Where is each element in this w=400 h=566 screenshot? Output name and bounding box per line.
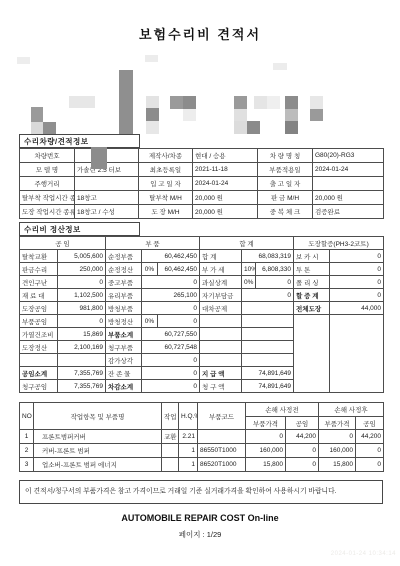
cell: 0% [142, 263, 158, 276]
cell: 부품적용일 [258, 163, 313, 177]
cell: G80(20)-RG3 [313, 149, 384, 163]
cell: 44,200 [286, 430, 319, 444]
document-title: 보험수리비 견적서 [0, 24, 400, 43]
cell: 0 [356, 458, 384, 472]
cell: 60,727,548 [142, 341, 200, 354]
cell: 과실상계 [200, 276, 242, 289]
cell: 2021-11-18 [193, 163, 258, 177]
cell: 7,355,769 [58, 380, 106, 393]
footer-brand: AUTOMOBILE REPAIR COST On-line [0, 513, 400, 523]
table-row: 판금수리 250,000 순정정산 0% 60,462,450 부 가 세 10… [20, 263, 384, 276]
cell: 18창고 / 수성 [75, 205, 139, 219]
cell: 최초등록일 [139, 163, 193, 177]
cell: 폴 리 싱 [294, 276, 330, 289]
table-row: 견인구난 0 중고부품 0 과실상계 0% 0 폴 리 싱 0 [20, 276, 384, 289]
table-row: 주행거리 입 고 일 자 2024-01-24 출 고 일 자 [20, 177, 384, 191]
cell: 0% [142, 315, 158, 328]
cell: 0% [242, 276, 256, 289]
cell: 0 [246, 430, 286, 444]
cell [200, 341, 242, 354]
cell: 15,800 [246, 458, 286, 472]
cell [198, 430, 246, 444]
cell: 입 고 일 자 [139, 177, 193, 191]
cell: 탈부착 M/H [139, 191, 193, 205]
cell: 보 카 시 [294, 250, 330, 263]
column-header-parts: 부 품 [106, 237, 200, 250]
cell: 15,800 [319, 458, 356, 472]
cell: 방청부품 [106, 302, 142, 315]
settlement-table: 공 임 부 품 합 계 도장할증(PH3-2코트) 탈착교환 5,005,600… [19, 236, 384, 393]
cell [242, 315, 294, 328]
cell [242, 354, 294, 367]
cell: 중 복 체 크 [258, 205, 313, 219]
cell: 0 [286, 458, 319, 472]
redaction-block [273, 63, 287, 70]
redaction-block [17, 57, 30, 64]
cell: 대차공제 [200, 302, 242, 315]
cell: 자기부담금 [200, 289, 242, 302]
column-header-before-adjust: 손해 사정전 [246, 403, 319, 417]
cell: 할 증 계 [294, 289, 330, 302]
cell: 중고부품 [106, 276, 142, 289]
cell: 방청정산 [106, 315, 142, 328]
cell: 5,005,600 [58, 250, 106, 263]
redaction-block [285, 109, 298, 121]
cell: 출 고 일 자 [258, 177, 313, 191]
cell: 도 장 M/H [139, 205, 193, 219]
cell: 0 [58, 276, 106, 289]
cell: 투 톤 [294, 263, 330, 276]
cell: 잔 존 물 [106, 367, 142, 380]
table-header-row: 공 임 부 품 합 계 도장할증(PH3-2코트) [20, 237, 384, 250]
cell: 981,800 [58, 302, 106, 315]
cell: 20,000 원 [193, 191, 258, 205]
redaction-block [146, 121, 159, 134]
table-row: 2 커버-프론트 범퍼 1 86550T1000 160,000 0 160,0… [20, 444, 384, 458]
cell: 주행거리 [20, 177, 75, 191]
redaction-block [145, 55, 158, 62]
column-header-hq: H.Q.% [179, 403, 198, 430]
redaction-block [146, 108, 159, 121]
cell: 공임소계 [20, 367, 58, 380]
cell: 부품소계 [106, 328, 142, 341]
redaction-block [183, 109, 196, 121]
cell: 68,083,319 [242, 250, 294, 263]
cell: 0 [158, 315, 200, 328]
redaction-block [310, 109, 323, 121]
cell: 1 [179, 444, 198, 458]
cell: 0 [142, 302, 200, 315]
cell: 2024-01-24 [193, 177, 258, 191]
cell: 프론트범퍼커버 [34, 430, 162, 444]
redaction-block [31, 107, 43, 122]
cell: 0 [142, 367, 200, 380]
cell: 60,462,450 [158, 263, 200, 276]
footer-watermark: 2024-01-24 10:34:14 [331, 551, 396, 557]
cell: 2.21 [179, 430, 198, 444]
cell: 250,000 [58, 263, 106, 276]
cell: 유리부품 [106, 289, 142, 302]
column-header-part-code: 부품코드 [198, 403, 246, 430]
redaction-block [146, 96, 159, 108]
cell [242, 341, 294, 354]
cell: 0 [330, 276, 384, 289]
table-row: 1 프론트범퍼커버 교환 2.21 0 44,200 0 44,200 [20, 430, 384, 444]
cell: 0 [142, 380, 200, 393]
cell: 7,355,769 [58, 367, 106, 380]
cell: 도장 작업시간 종류 [20, 205, 75, 219]
cell: 60,727,550 [142, 328, 200, 341]
redaction-block [183, 96, 196, 109]
cell: 0 [142, 276, 200, 289]
cell: 0 [242, 289, 294, 302]
redaction-block [170, 96, 183, 109]
table-row: 모 델 명 가솔린 2.5 터보 최초등록일 2021-11-18 부품적용일 … [20, 163, 384, 177]
cell: 순정정산 [106, 263, 142, 276]
table-row: 재 료 대 1,102,500 유리부품 265,100 자기부담금 0 할 증… [20, 289, 384, 302]
cell: 18창고 [75, 191, 139, 205]
cell: 0 [319, 430, 356, 444]
cell: 감가상각 [106, 354, 142, 367]
cell: 청구공임 [20, 380, 58, 393]
cell: 가열건조비 [20, 328, 58, 341]
cell: 0 [142, 354, 200, 367]
cell [200, 315, 242, 328]
cell [58, 354, 106, 367]
cell: 0 [330, 263, 384, 276]
cell: 86520T1000 [198, 458, 246, 472]
cell: 44,000 [330, 302, 384, 315]
table-row: 탈부착 작업시간 종류 18창고 탈부착 M/H 20,000 원 판 금 M/… [20, 191, 384, 205]
cell [20, 354, 58, 367]
cell: 0 [330, 289, 384, 302]
cell [242, 302, 294, 315]
cell: 순정부품 [106, 250, 142, 263]
table-row: 탈착교환 5,005,600 순정부품 60,462,450 합 계 68,08… [20, 250, 384, 263]
cell: 차 량 명 칭 [258, 149, 313, 163]
redaction-block [267, 96, 280, 109]
cell: 1,102,500 [58, 289, 106, 302]
cell: 74,891,649 [242, 380, 294, 393]
cell: 2024-01-24 [313, 163, 384, 177]
cell [162, 458, 179, 472]
column-header-after-adjust: 손해 사정후 [319, 403, 384, 417]
column-header-labor: 공 임 [20, 237, 106, 250]
column-header-labor: 공임 [286, 417, 319, 430]
table-row: 부품공임 0 방청정산 0% 0 [20, 315, 384, 328]
cell [242, 328, 294, 341]
table-row: 3 업소버-프론트 범퍼 에너지 1 86520T1000 15,800 0 1… [20, 458, 384, 472]
cell: 현대 / 승용 [193, 149, 258, 163]
cell [200, 328, 242, 341]
cell: 커버-프론트 범퍼 [34, 444, 162, 458]
cell: 0 [286, 444, 319, 458]
cell: 2 [20, 444, 34, 458]
redaction-block [285, 121, 298, 134]
settlement-section-header: 수리비 정산정보 [19, 222, 140, 236]
cell: 탈착교환 [20, 250, 58, 263]
cell: 제작사/차종 [139, 149, 193, 163]
cell: 74,891,649 [242, 367, 294, 380]
cell: 15,869 [58, 328, 106, 341]
cell: 부 가 세 [200, 263, 242, 276]
cell: 청구부품 [106, 341, 142, 354]
cell: 모 델 명 [20, 163, 75, 177]
cell: 도장정산 [20, 341, 58, 354]
document-page: 보험수리비 견적서 수리차량/견적정보 차량번호 [0, 0, 400, 566]
column-header-part-price: 부품가격 [319, 417, 356, 430]
disclaimer-note: 이 견적서/청구서의 부품가격은 참고 가격이므로 거래일 기준 실거래가격을 … [19, 480, 383, 504]
cell [294, 315, 330, 393]
cell: 차감소계 [106, 380, 142, 393]
cell: 부품공임 [20, 315, 58, 328]
redaction-block [234, 109, 247, 121]
redaction-block [91, 147, 107, 169]
page-number: 페이지 : 1/29 [0, 529, 400, 540]
cell: 20,000 원 [313, 191, 384, 205]
cell [313, 177, 384, 191]
column-header-labor: 공임 [356, 417, 384, 430]
cell: 판 금 M/H [258, 191, 313, 205]
column-header-item: 작업항목 및 부품명 [34, 403, 162, 430]
cell: 86550T1000 [198, 444, 246, 458]
work-items-table: NO 작업항목 및 부품명 작업 H.Q.% 부품코드 손해 사정전 손해 사정… [19, 402, 384, 472]
column-header-part-price: 부품가격 [246, 417, 286, 430]
redaction-block [310, 96, 323, 109]
column-header-work: 작업 [162, 403, 179, 430]
cell: 6,808,330 [256, 263, 294, 276]
cell: 합 계 [200, 250, 242, 263]
cell: 0 [58, 315, 106, 328]
cell: 3 [20, 458, 34, 472]
table-row: 도장 작업시간 종류 18창고 / 수성 도 장 M/H 20,000 원 중 … [20, 205, 384, 219]
cell: 2,100,169 [58, 341, 106, 354]
vehicle-info-table: 차량번호 제작사/차종 현대 / 승용 차 량 명 칭 G80(20)-RG3 … [19, 148, 384, 219]
cell: 교환 [162, 430, 179, 444]
cell [330, 315, 384, 393]
cell [162, 444, 179, 458]
cell: 탈부착 작업시간 종류 [20, 191, 75, 205]
cell: 지 급 액 [200, 367, 242, 380]
table-header-row: NO 작업항목 및 부품명 작업 H.Q.% 부품코드 손해 사정전 손해 사정… [20, 403, 384, 417]
cell: 검증완료 [313, 205, 384, 219]
redaction-block [247, 121, 260, 134]
cell: 160,000 [246, 444, 286, 458]
table-row: 도장공임 981,800 방청부품 0 대차공제 전체도장 44,000 [20, 302, 384, 315]
cell: 전체도장 [294, 302, 330, 315]
column-header-total: 합 계 [200, 237, 294, 250]
cell: 160,000 [319, 444, 356, 458]
redaction-block [285, 96, 298, 109]
cell: 60,462,450 [142, 250, 200, 263]
column-header-paint-surcharge: 도장할증(PH3-2코트) [294, 237, 384, 250]
vehicle-section-header: 수리차량/견적정보 [19, 134, 140, 148]
cell: 청 구 액 [200, 380, 242, 393]
cell: 0 [330, 250, 384, 263]
cell: 0 [356, 444, 384, 458]
cell: 판금수리 [20, 263, 58, 276]
cell [200, 354, 242, 367]
redaction-block [69, 96, 95, 108]
cell: 1 [179, 458, 198, 472]
redaction-block [254, 96, 267, 109]
cell: 0 [256, 276, 294, 289]
redaction-block [234, 96, 247, 109]
cell: 견인구난 [20, 276, 58, 289]
cell: 265,100 [142, 289, 200, 302]
cell: 차량번호 [20, 149, 75, 163]
redaction-block [234, 121, 247, 134]
cell: 도장공임 [20, 302, 58, 315]
column-header-no: NO [20, 403, 34, 430]
table-row: 차량번호 제작사/차종 현대 / 승용 차 량 명 칭 G80(20)-RG3 [20, 149, 384, 163]
cell: 업소버-프론트 범퍼 에너지 [34, 458, 162, 472]
cell: 20,000 원 [193, 205, 258, 219]
redaction-block [119, 70, 133, 134]
cell: 재 료 대 [20, 289, 58, 302]
cell: 44,200 [356, 430, 384, 444]
cell: 1 [20, 430, 34, 444]
cell [75, 177, 139, 191]
cell: 10% [242, 263, 256, 276]
